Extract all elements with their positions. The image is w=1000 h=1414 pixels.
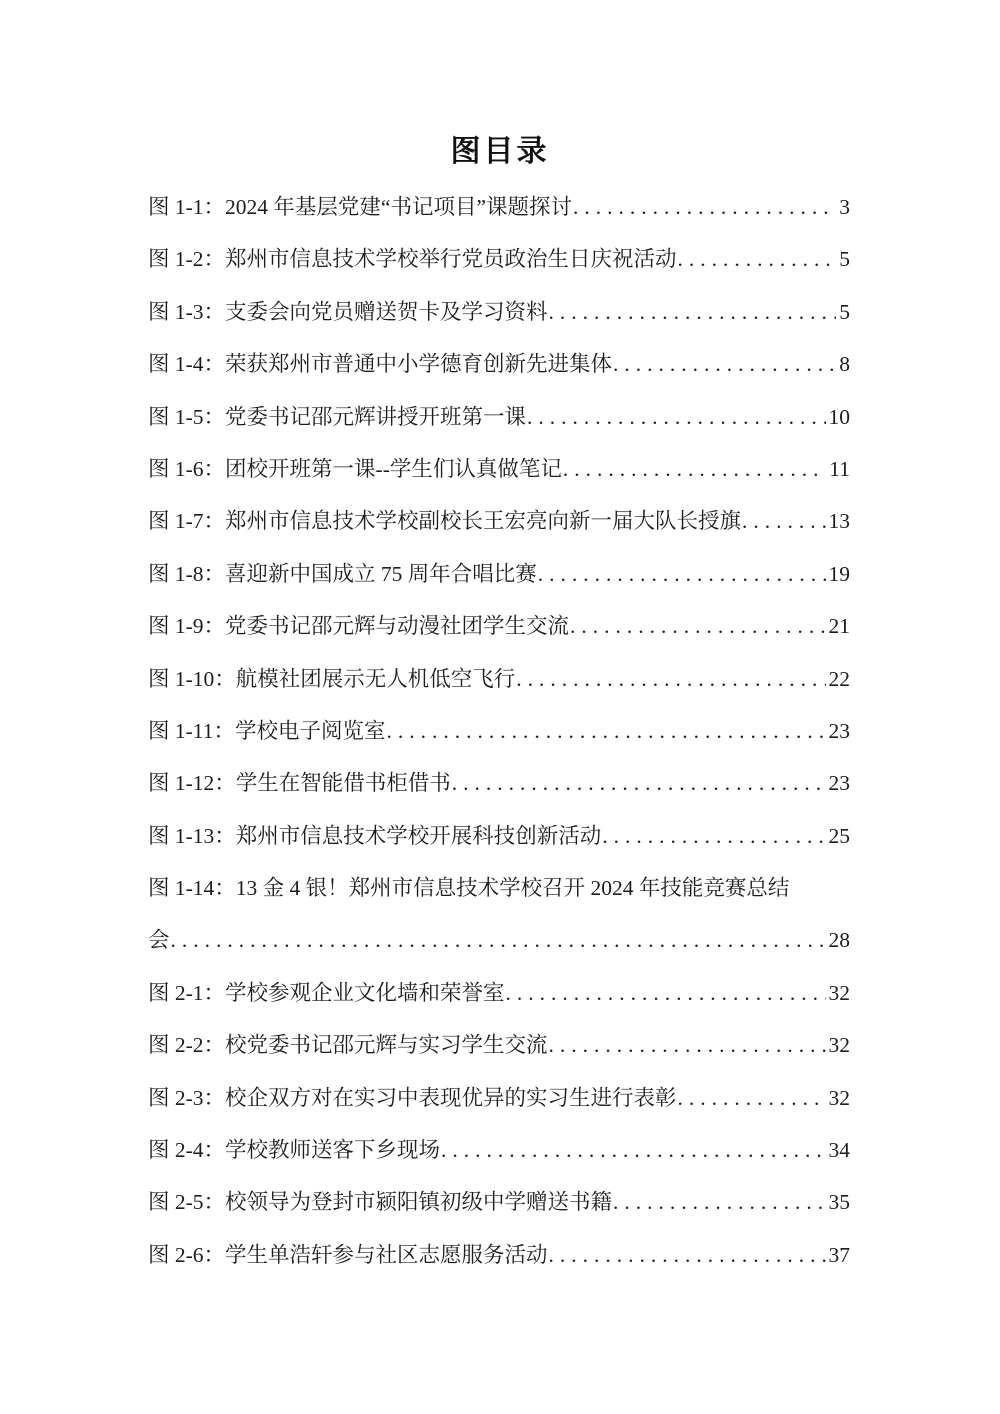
toc-entry[interactable]: 图 1-11：学校电子阅览室..........................… xyxy=(148,705,850,757)
toc-entry[interactable]: 图 2-3：校企双方对在实习中表现优异的实习生进行表彰.............… xyxy=(148,1072,850,1124)
toc-entry[interactable]: 图 1-8：喜迎新中国成立 75 周年合唱比赛.................… xyxy=(148,548,850,600)
toc-page-number: 23 xyxy=(826,757,851,809)
toc-entry[interactable]: 图 2-2：校党委书记邵元辉与实习学生交流...................… xyxy=(148,1019,850,1071)
figure-toc-title: 图目录 xyxy=(0,126,1000,170)
toc-dot-leader: ........................................… xyxy=(548,286,837,338)
toc-page-number: 5 xyxy=(836,286,850,338)
toc-dot-leader: ........................................… xyxy=(440,1124,825,1176)
toc-entry-text: 图 1-11：学校电子阅览室 xyxy=(148,705,386,757)
toc-dot-leader: ........................................… xyxy=(537,548,826,600)
toc-entry-text: 图 2-3：校企双方对在实习中表现优异的实习生进行表彰 xyxy=(148,1072,677,1124)
toc-entry[interactable]: 图 1-7：郑州市信息技术学校副校长王宏亮向新一届大队长授旗..........… xyxy=(148,495,850,547)
toc-entry[interactable]: 图 1-3：支委会向党员赠送贺卡及学习资料...................… xyxy=(148,286,850,338)
toc-entry-text: 图 1-1：2024 年基层党建“书记项目”课题探讨 xyxy=(148,181,572,233)
toc-entry[interactable]: 图 1-14：13 金 4 银！郑州市信息技术学校召开 2024 年技能竞赛总结 xyxy=(148,862,850,914)
toc-dot-leader: ........................................… xyxy=(548,1019,826,1071)
toc-dot-leader: ........................................… xyxy=(612,1176,825,1228)
toc-page-number: 32 xyxy=(826,1072,851,1124)
toc-page-number: 13 xyxy=(826,495,851,547)
toc-page-number: 28 xyxy=(826,914,851,966)
toc-entry-text: 图 2-4：学校教师送客下乡现场 xyxy=(148,1124,440,1176)
toc-entry[interactable]: 图 2-6：学生单浩轩参与社区志愿服务活动...................… xyxy=(148,1229,850,1281)
toc-entry[interactable]: 图 1-6：团校开班第一课--学生们认真做笔记.................… xyxy=(148,443,850,495)
toc-dot-leader: ........................................… xyxy=(612,338,836,390)
toc-dot-leader: ........................................… xyxy=(548,1229,826,1281)
toc-entry-text: 图 1-13：郑州市信息技术学校开展科技创新活动 xyxy=(148,810,601,862)
toc-entry[interactable]: 图 1-10：航模社团展示无人机低空飞行....................… xyxy=(148,653,850,705)
toc-entry-text: 图 1-7：郑州市信息技术学校副校长王宏亮向新一届大队长授旗 xyxy=(148,495,741,547)
toc-page-number: 19 xyxy=(826,548,851,600)
toc-page-number: 8 xyxy=(836,338,850,390)
toc-entry-text: 图 1-4：荣获郑州市普通中小学德育创新先进集体 xyxy=(148,338,612,390)
toc-dot-leader: ........................................… xyxy=(562,443,826,495)
toc-entry-text: 图 1-5：党委书记邵元辉讲授开班第一课 xyxy=(148,391,526,443)
toc-dot-leader: ........................................… xyxy=(741,495,825,547)
toc-entry-text: 图 2-5：校领导为登封市颍阳镇初级中学赠送书籍 xyxy=(148,1176,612,1228)
toc-page-number: 37 xyxy=(826,1229,851,1281)
figure-toc-list: 图 1-1：2024 年基层党建“书记项目”课题探讨..............… xyxy=(148,181,850,1281)
toc-dot-leader: ........................................… xyxy=(677,233,837,285)
toc-entry-text: 图 1-14：13 金 4 银！郑州市信息技术学校召开 2024 年技能竞赛总结 xyxy=(148,862,789,914)
toc-page-number: 32 xyxy=(826,967,851,1019)
toc-entry-text: 图 1-12：学生在智能借书柜借书 xyxy=(148,757,451,809)
toc-page-number: 25 xyxy=(826,810,851,862)
toc-entry-text: 图 1-8：喜迎新中国成立 75 周年合唱比赛 xyxy=(148,548,537,600)
toc-entry-text: 图 1-10：航模社团展示无人机低空飞行 xyxy=(148,653,515,705)
toc-dot-leader: ........................................… xyxy=(677,1072,826,1124)
document-page: 图目录 图 1-1：2024 年基层党建“书记项目”课题探讨..........… xyxy=(0,0,1000,1414)
toc-dot-leader: ........................................… xyxy=(386,705,826,757)
toc-dot-leader: ........................................… xyxy=(572,181,836,233)
toc-entry[interactable]: 图 2-4：学校教师送客下乡现场........................… xyxy=(148,1124,850,1176)
toc-entry[interactable]: 图 1-1：2024 年基层党建“书记项目”课题探讨..............… xyxy=(148,181,850,233)
toc-entry-text: 图 1-3：支委会向党员赠送贺卡及学习资料 xyxy=(148,286,548,338)
toc-page-number: 32 xyxy=(826,1019,851,1071)
toc-page-number: 21 xyxy=(826,600,851,652)
toc-page-number: 11 xyxy=(826,443,850,495)
toc-dot-leader: ........................................… xyxy=(515,653,825,705)
toc-dot-leader: ........................................… xyxy=(569,600,825,652)
toc-entry[interactable]: 图 1-13：郑州市信息技术学校开展科技创新活动................… xyxy=(148,810,850,862)
toc-entry[interactable]: 图 1-2：郑州市信息技术学校举行党员政治生日庆祝活动.............… xyxy=(148,233,850,285)
toc-page-number: 10 xyxy=(826,391,851,443)
toc-page-number: 34 xyxy=(826,1124,851,1176)
toc-page-number: 3 xyxy=(836,181,850,233)
toc-dot-leader: ........................................… xyxy=(451,757,826,809)
toc-dot-leader: ........................................… xyxy=(505,967,826,1019)
toc-entry-text: 图 1-2：郑州市信息技术学校举行党员政治生日庆祝活动 xyxy=(148,233,677,285)
toc-entry[interactable]: 图 2-5：校领导为登封市颍阳镇初级中学赠送书籍................… xyxy=(148,1176,850,1228)
toc-page-number: 23 xyxy=(826,705,851,757)
toc-entry-text: 图 1-6：团校开班第一课--学生们认真做笔记 xyxy=(148,443,562,495)
toc-dot-leader: ........................................… xyxy=(170,914,826,966)
toc-entry[interactable]: 图 1-9：党委书记邵元辉与动漫社团学生交流..................… xyxy=(148,600,850,652)
toc-entry-text: 图 2-2：校党委书记邵元辉与实习学生交流 xyxy=(148,1019,548,1071)
toc-dot-leader: ........................................… xyxy=(601,810,825,862)
toc-page-number: 22 xyxy=(826,653,851,705)
toc-page-number: 5 xyxy=(836,233,850,285)
toc-entry[interactable]: 图 1-12：学生在智能借书柜借书.......................… xyxy=(148,757,850,809)
toc-entry-text: 会 xyxy=(148,914,170,966)
toc-entry[interactable]: 图 2-1：学校参观企业文化墙和荣誉室.....................… xyxy=(148,967,850,1019)
toc-entry-text: 图 1-9：党委书记邵元辉与动漫社团学生交流 xyxy=(148,600,569,652)
toc-entry-text: 图 2-6：学生单浩轩参与社区志愿服务活动 xyxy=(148,1229,548,1281)
toc-entry[interactable]: 会.......................................… xyxy=(148,914,850,966)
toc-entry[interactable]: 图 1-4：荣获郑州市普通中小学德育创新先进集体................… xyxy=(148,338,850,390)
toc-entry[interactable]: 图 1-5：党委书记邵元辉讲授开班第一课....................… xyxy=(148,391,850,443)
toc-dot-leader: ........................................… xyxy=(526,391,825,443)
toc-entry-text: 图 2-1：学校参观企业文化墙和荣誉室 xyxy=(148,967,505,1019)
toc-page-number: 35 xyxy=(826,1176,851,1228)
